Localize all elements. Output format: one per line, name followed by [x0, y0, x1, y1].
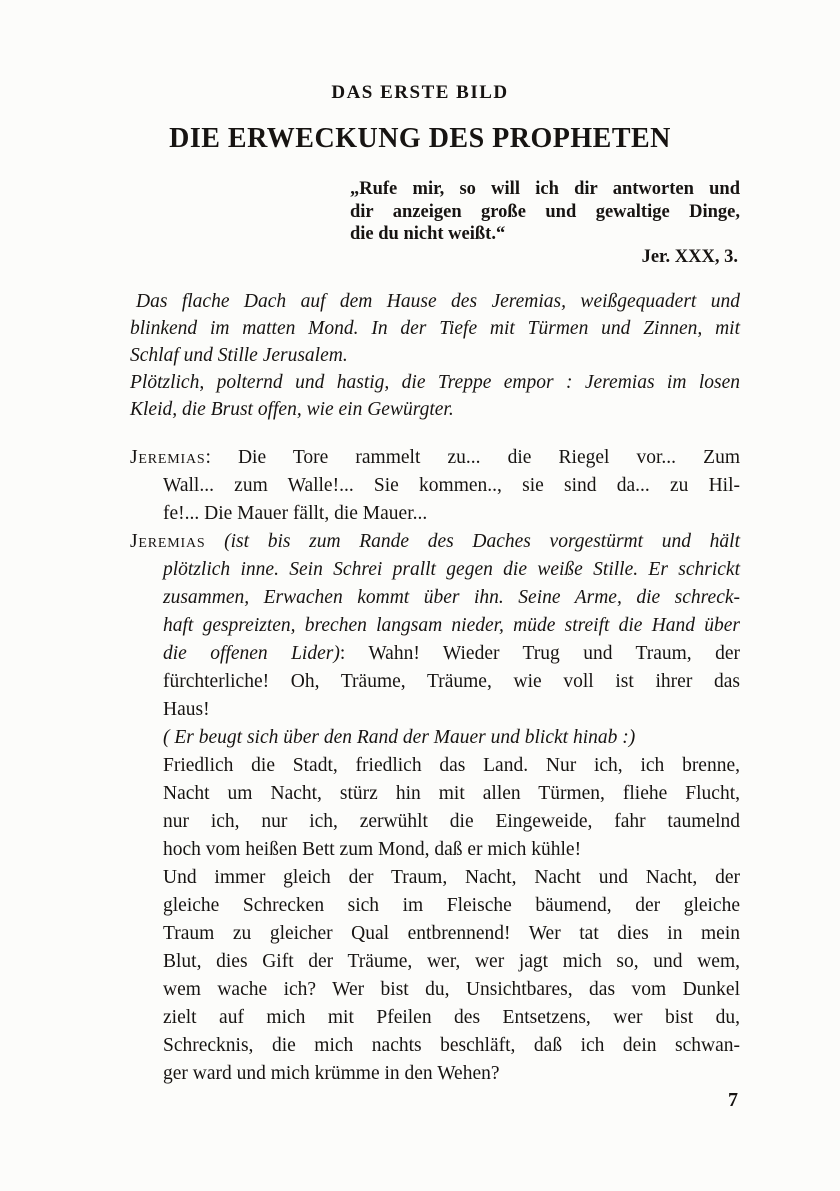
dialogue-line: haft gespreizten, brechen langsam nieder… [130, 612, 740, 640]
text-segment: „Rufe mir, so will ich dir antworten und [350, 179, 740, 199]
text-segment: die offenen Lider) [163, 643, 340, 664]
dialogue-line: gleiche Schrecken sich im Fleische bäume… [130, 892, 740, 920]
text-segment: Friedlich die Stadt, friedlich das Land.… [163, 755, 740, 776]
epigraph: „Rufe mir, so will ich dir antworten und… [350, 178, 740, 269]
dialogue-line: fe!... Die Mauer fällt, die Mauer... [130, 500, 740, 528]
epigraph-line: „Rufe mir, so will ich dir antworten und [350, 178, 740, 201]
stage-direction-line: Das flache Dach auf dem Hause des Jeremi… [130, 288, 740, 315]
text-segment: blinkend im matten Mond. In der Tiefe mi… [130, 318, 740, 339]
stage-direction-block: Das flache Dach auf dem Hause des Jeremi… [130, 288, 740, 423]
text-segment: haft gespreizten, brechen langsam nieder… [163, 615, 740, 636]
epigraph-line: die du nicht weißt.“ [350, 223, 740, 246]
dialogue-line: Haus! [130, 696, 740, 724]
dialogue-line: Traum zu gleicher Qual entbrennend! Wer … [130, 920, 740, 948]
dialogue-line: Nacht um Nacht, stürz hin mit allen Türm… [130, 780, 740, 808]
dialogue-line: hoch vom heißen Bett zum Mond, daß er mi… [130, 836, 740, 864]
epigraph-source: Jer. XXX, 3. [350, 246, 740, 269]
text-segment: nur ich, nur ich, zerwühlt die Eingeweid… [163, 811, 740, 832]
stage-direction-line: Schlaf und Stille Jerusalem. [130, 342, 740, 369]
text-segment: fürchterliche! Oh, Träume, Träume, wie v… [163, 671, 740, 692]
text-segment: zielt auf mich mit Pfeilen des Entsetzen… [163, 1007, 740, 1028]
stage-direction-line: Plötzlich, polternd und hastig, die Trep… [130, 369, 740, 396]
dialogue-line: Jeremias: Die Tore rammelt zu... die Rie… [130, 444, 740, 472]
dialogue-line: Jeremias (ist bis zum Rande des Daches v… [130, 528, 740, 556]
text-segment: Schlaf und Stille Jerusalem. [130, 345, 348, 366]
text-segment: : Wahn! Wieder Trug und Traum, der [340, 643, 740, 664]
stage-direction-line: blinkend im matten Mond. In der Tiefe mi… [130, 315, 740, 342]
dialogue-line: zusammen, Erwachen kommt über ihn. Seine… [130, 584, 740, 612]
dialogue-block: Jeremias: Die Tore rammelt zu... die Rie… [130, 444, 740, 1088]
text-segment: Und immer gleich der Traum, Nacht, Nacht… [163, 867, 740, 888]
text-segment: ger ward und mich krümme in den Wehen? [163, 1063, 500, 1084]
text-segment: Wall... zum Walle!... Sie kommen.., sie … [163, 475, 740, 496]
text-segment: ( Er beugt sich über den Rand der Mauer … [163, 727, 635, 748]
speaker-name: Jeremias [130, 447, 205, 468]
speaker-name: Jeremias [130, 531, 205, 552]
text-segment: plötzlich inne. Sein Schrei prallt gegen… [163, 559, 740, 580]
dialogue-line: zielt auf mich mit Pfeilen des Entsetzen… [130, 1004, 740, 1032]
dialogue-line: wem wache ich? Wer bist du, Unsichtbares… [130, 976, 740, 1004]
scene-kicker: DAS ERSTE BILD [0, 0, 840, 104]
dialogue-line: ( Er beugt sich über den Rand der Mauer … [130, 724, 740, 752]
dialogue-line: Blut, dies Gift der Träume, wer, wer jag… [130, 948, 740, 976]
epigraph-lines: „Rufe mir, so will ich dir antworten und… [350, 178, 740, 246]
text-segment: Blut, dies Gift der Träume, wer, wer jag… [163, 951, 740, 972]
page-number: 7 [728, 1089, 738, 1112]
text-segment: Nacht um Nacht, stürz hin mit allen Türm… [163, 783, 740, 804]
text-segment: Haus! [163, 699, 210, 720]
text-segment: dir anzeigen große und gewaltige Dinge, [350, 202, 740, 222]
text-segment: Plötzlich, polternd und hastig, die Trep… [130, 372, 740, 393]
epigraph-line: dir anzeigen große und gewaltige Dinge, [350, 201, 740, 224]
dialogue-line: fürchterliche! Oh, Träume, Träume, wie v… [130, 668, 740, 696]
dialogue-line: die offenen Lider): Wahn! Wieder Trug un… [130, 640, 740, 668]
text-segment: : Die Tore rammelt zu... die Riegel vor.… [205, 447, 740, 468]
text-segment: Schrecknis, die mich nachts beschläft, d… [163, 1035, 740, 1056]
text-segment: (ist bis zum Rande des Daches vorgestürm… [205, 531, 740, 552]
text-segment: hoch vom heißen Bett zum Mond, daß er mi… [163, 839, 581, 860]
dialogue-line: Und immer gleich der Traum, Nacht, Nacht… [130, 864, 740, 892]
text-segment: Traum zu gleicher Qual entbrennend! Wer … [163, 923, 740, 944]
dialogue-line: ger ward und mich krümme in den Wehen? [130, 1060, 740, 1088]
dialogue-line: Wall... zum Walle!... Sie kommen.., sie … [130, 472, 740, 500]
text-segment: die du nicht weißt.“ [350, 224, 505, 244]
text-segment: Kleid, die Brust offen, wie ein Gewürgte… [130, 399, 454, 420]
text-segment: zusammen, Erwachen kommt über ihn. Seine… [163, 587, 740, 608]
text-segment: Das flache Dach auf dem Hause des Jeremi… [136, 291, 740, 312]
stage-direction-line: Kleid, die Brust offen, wie ein Gewürgte… [130, 396, 740, 423]
dialogue-line: nur ich, nur ich, zerwühlt die Eingeweid… [130, 808, 740, 836]
text-segment: wem wache ich? Wer bist du, Unsichtbares… [163, 979, 740, 1000]
dialogue-line: plötzlich inne. Sein Schrei prallt gegen… [130, 556, 740, 584]
book-page: DAS ERSTE BILD DIE ERWECKUNG DES PROPHET… [0, 0, 840, 1191]
dialogue-line: Friedlich die Stadt, friedlich das Land.… [130, 752, 740, 780]
text-segment: fe!... Die Mauer fällt, die Mauer... [163, 503, 427, 524]
scene-title: DIE ERWECKUNG DES PROPHETEN [0, 123, 840, 155]
dialogue-line: Schrecknis, die mich nachts beschläft, d… [130, 1032, 740, 1060]
text-segment: gleiche Schrecken sich im Fleische bäume… [163, 895, 740, 916]
